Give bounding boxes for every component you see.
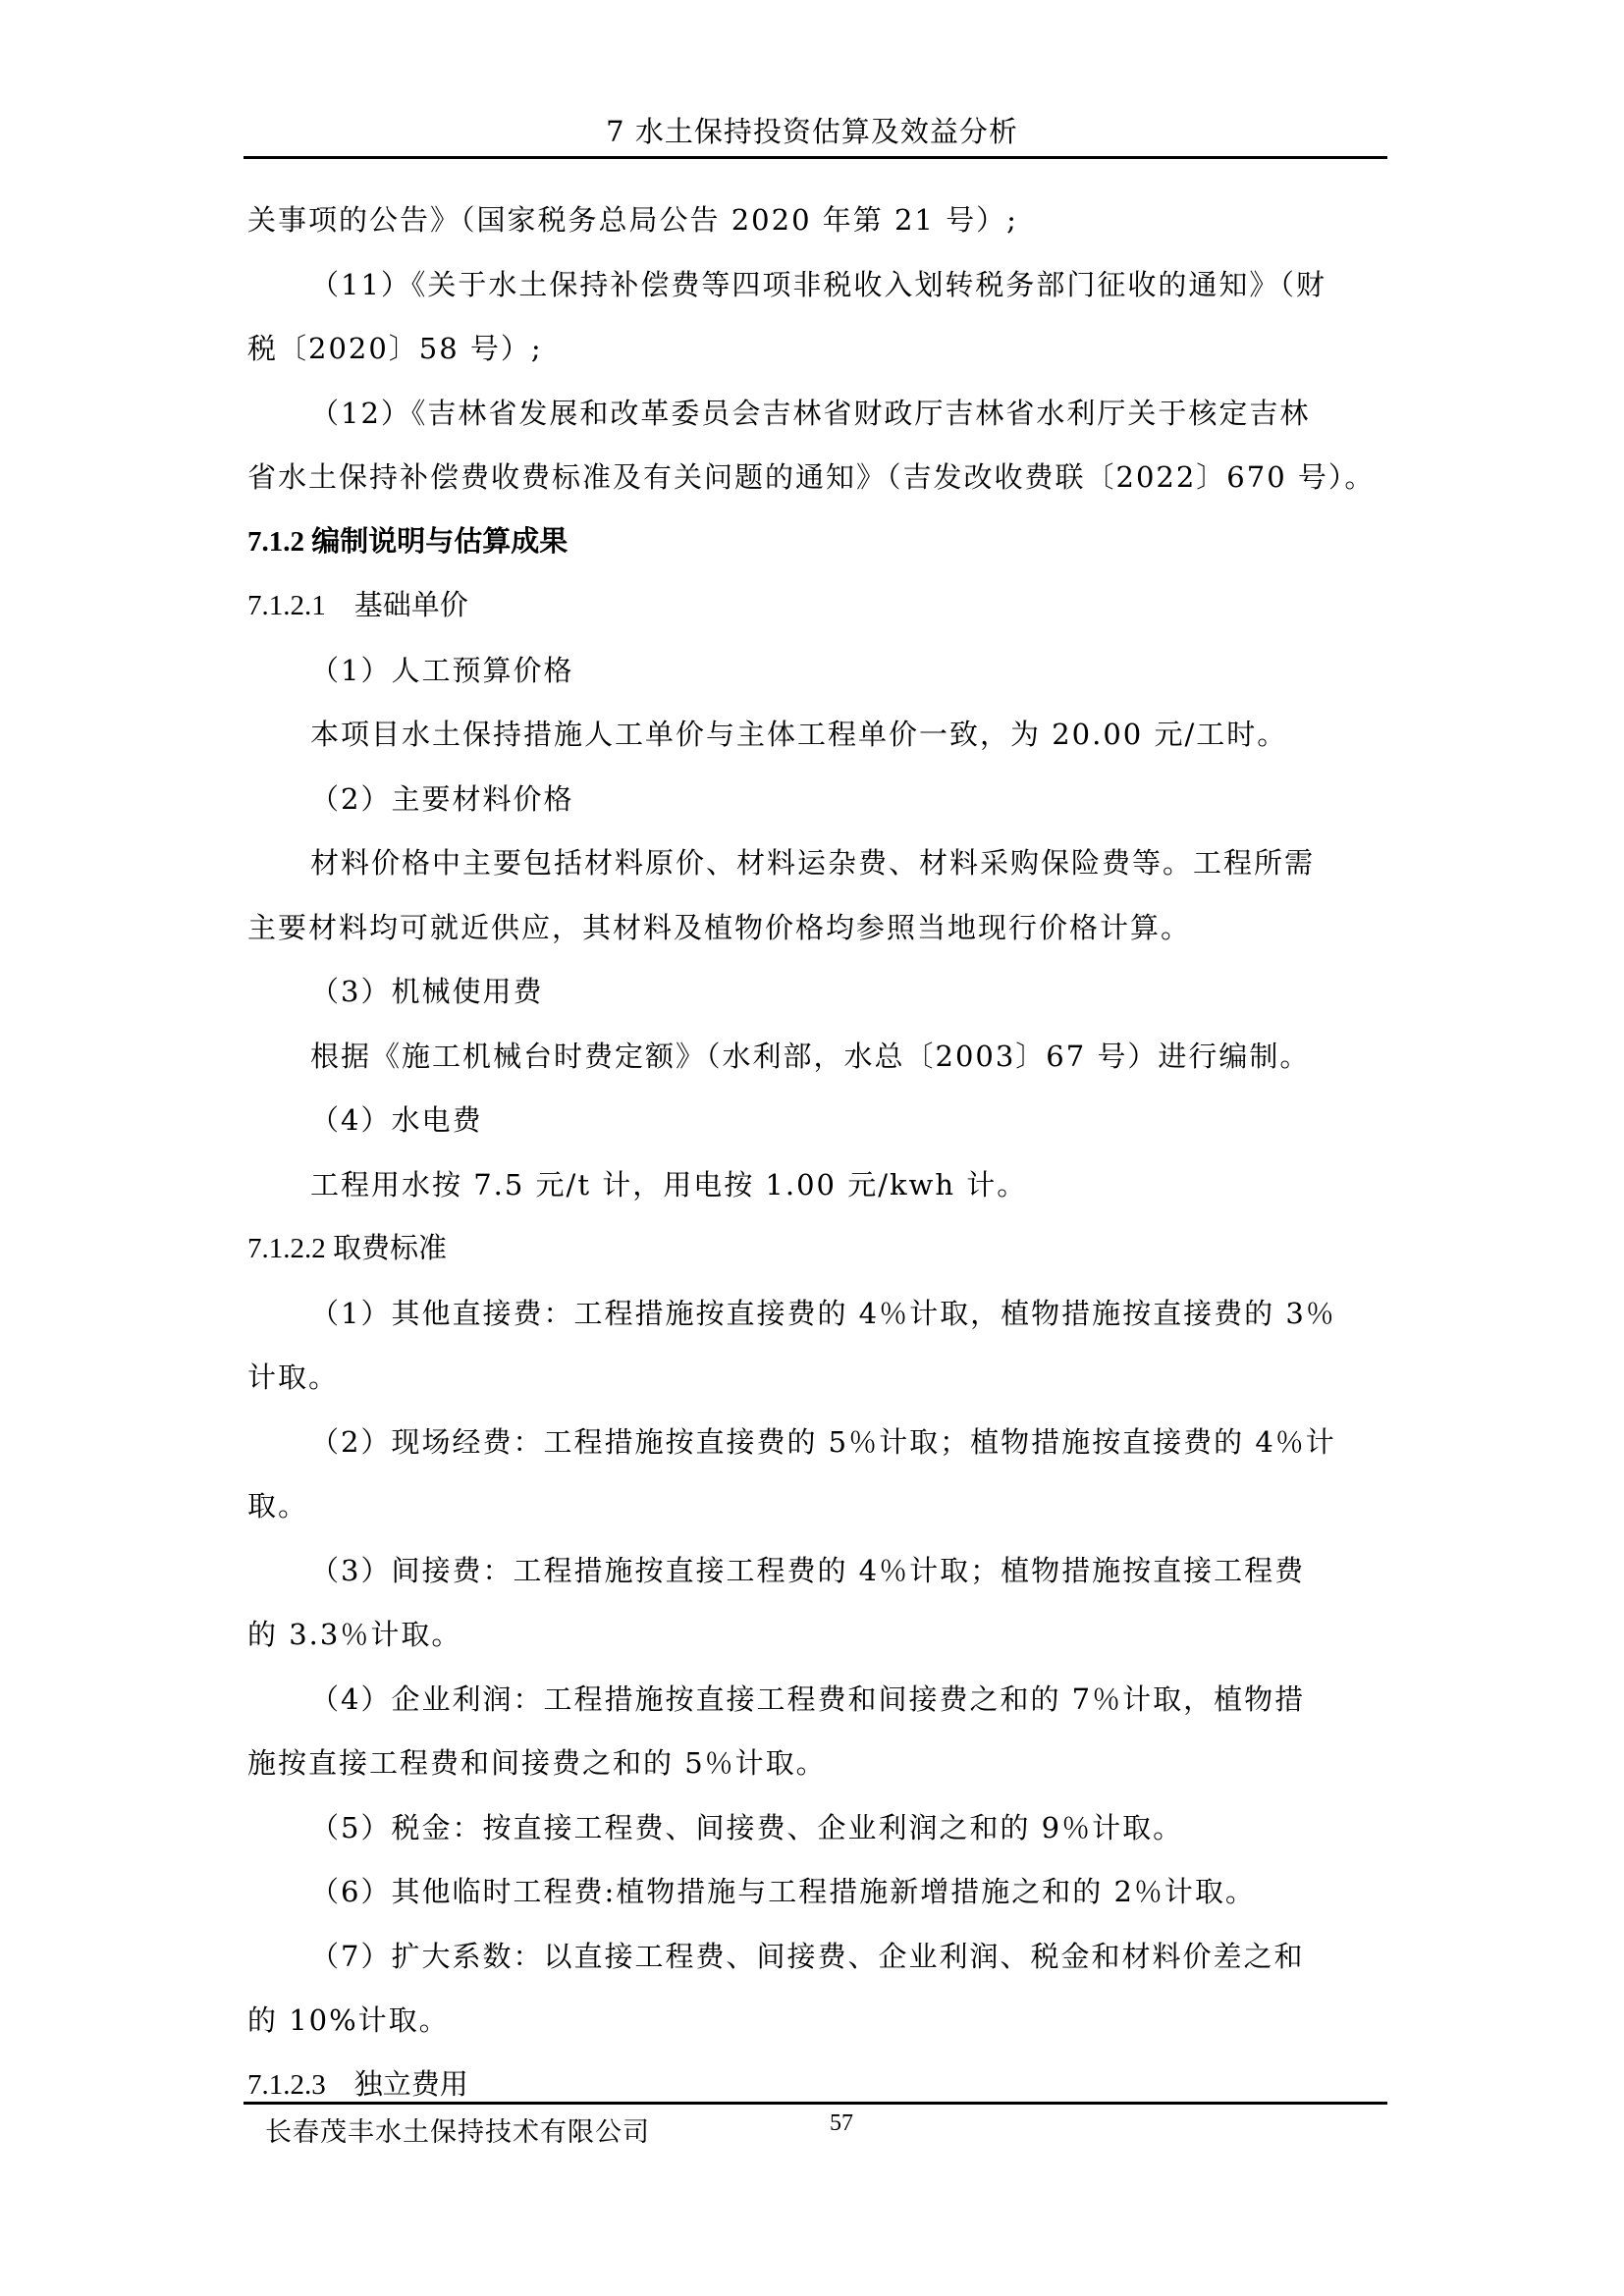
- paragraph-line: 税〔2020〕58 号）;: [247, 317, 1386, 382]
- paragraph-line: （3）机械使用费: [247, 960, 1386, 1025]
- paragraph-line: （12）《吉林省发展和改革委员会吉林省财政厅吉林省水利厅关于核定吉林: [247, 382, 1386, 447]
- paragraph-line: 主要材料均可就近供应，其材料及植物价格均参照当地现行价格计算。: [247, 896, 1386, 961]
- paragraph-line: （4）水电费: [247, 1089, 1386, 1153]
- section-heading: 7.1.2.2 取费标准: [247, 1217, 1386, 1282]
- paragraph-line: （1）人工预算价格: [247, 639, 1386, 704]
- paragraph-line: 根据《施工机械台时费定额》（水利部，水总〔2003〕67 号）进行编制。: [247, 1025, 1386, 1090]
- paragraph-line: （6）其他临时工程费:植物措施与工程措施新增措施之和的 2％计取。: [247, 1860, 1386, 1925]
- paragraph-line: （11）《关于水土保持补偿费等四项非税收入划转税务部门征收的通知》（财: [247, 253, 1386, 318]
- paragraph-line: 关事项的公告》（国家税务总局公告 2020 年第 21 号）;: [247, 188, 1386, 253]
- paragraph-line: （2）现场经费：工程措施按直接费的 5％计取；植物措施按直接费的 4％计: [247, 1411, 1386, 1475]
- page-number: 57: [830, 2110, 853, 2137]
- paragraph-line: （3）间接费：工程措施按直接工程费的 4％计取；植物措施按直接工程费: [247, 1539, 1386, 1604]
- footer-company: 长春茂丰水土保持技术有限公司: [265, 2110, 650, 2149]
- paragraph-line: 施按直接工程费和间接费之和的 5％计取。: [247, 1732, 1386, 1796]
- paragraph-line: 计取。: [247, 1346, 1386, 1411]
- running-header-title: 7 水土保持投资估算及效益分析: [0, 110, 1624, 150]
- paragraph-line: 省水土保持补偿费收费标准及有关问题的通知》（吉发改收费联〔2022〕670 号）…: [247, 446, 1386, 510]
- paragraph-line: 取。: [247, 1474, 1386, 1539]
- paragraph-line: 本项目水土保持措施人工单价与主体工程单价一致，为 20.00 元/工时。: [247, 703, 1386, 768]
- paragraph-line: 材料价格中主要包括材料原价、材料运杂费、材料采购保险费等。工程所需: [247, 831, 1386, 896]
- paragraph-line: （1）其他直接费：工程措施按直接费的 4％计取，植物措施按直接费的 3％: [247, 1282, 1386, 1347]
- paragraph-line: 的 3.3％计取。: [247, 1603, 1386, 1668]
- paragraph-line: 的 10%计取。: [247, 1989, 1386, 2054]
- paragraph-line: 工程用水按 7.5 元/t 计，用电按 1.00 元/kwh 计。: [247, 1153, 1386, 1218]
- footer-rule: [244, 2102, 1387, 2105]
- section-heading: 7.1.2 编制说明与估算成果: [247, 510, 1386, 575]
- paragraph-line: （4）企业利润：工程措施按直接工程费和间接费之和的 7％计取，植物措: [247, 1668, 1386, 1733]
- paragraph-line: （2）主要材料价格: [247, 768, 1386, 832]
- document-body: 关事项的公告》（国家税务总局公告 2020 年第 21 号）;（11）《关于水土…: [247, 188, 1386, 2117]
- header-rule: [244, 156, 1387, 159]
- section-heading: 7.1.2.1 基础单价: [247, 574, 1386, 639]
- paragraph-line: （5）税金：按直接工程费、间接费、企业利润之和的 9％计取。: [247, 1796, 1386, 1861]
- section-heading: 7.1.2.3 独立费用: [247, 2054, 1386, 2118]
- paragraph-line: （7）扩大系数：以直接工程费、间接费、企业利润、税金和材料价差之和: [247, 1925, 1386, 1990]
